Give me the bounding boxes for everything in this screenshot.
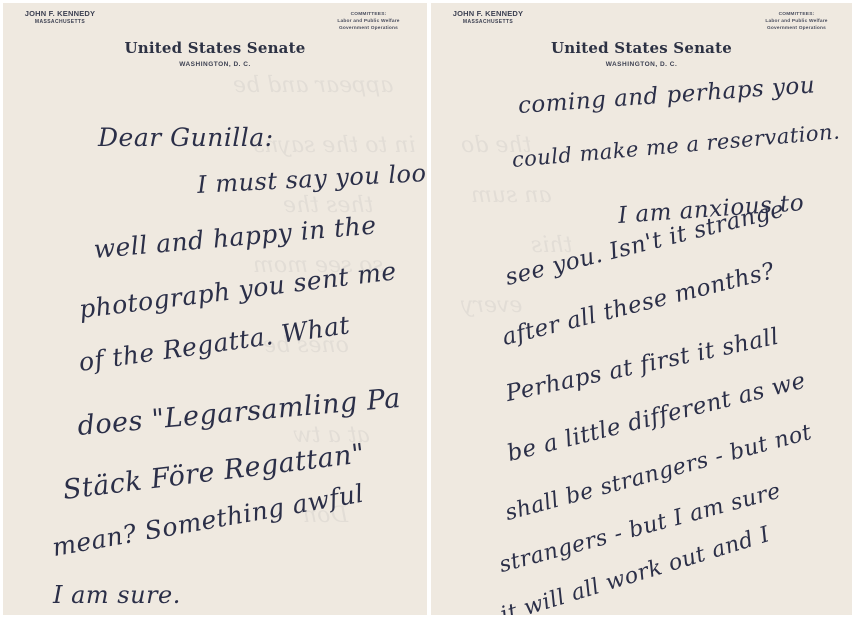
salutation: Dear Gunilla: (98, 123, 274, 152)
letter-page-1: appear and be in to the sayns thes the s… (3, 3, 427, 615)
committees-label: COMMITTEES: (749, 11, 844, 18)
committee-government: Government Operations (321, 25, 416, 32)
letterhead-committees: COMMITTEES: Labor and Public Welfare Gov… (321, 11, 416, 32)
senator-state: MASSACHUSETTS (433, 18, 543, 27)
handwriting-line: coming and perhaps you (517, 72, 816, 119)
letterhead-senate-title: United States Senate (431, 39, 852, 57)
letterhead-city: WASHINGTON, D. C. (3, 61, 427, 68)
senator-name: JOHN F. KENNEDY (25, 9, 96, 18)
handwriting-line: well and happy in the (92, 210, 377, 264)
committee-labor: Labor and Public Welfare (321, 18, 416, 25)
handwriting-line: I must say you looked (197, 157, 427, 199)
handwriting-line: could make me a reservation. (511, 119, 841, 172)
committee-government: Government Operations (749, 25, 844, 32)
handwriting-line: I am sure. (53, 581, 181, 609)
senator-name: JOHN F. KENNEDY (453, 9, 524, 18)
letter-page-2: the do an sum this every JOHN F. KENNEDY… (431, 3, 852, 615)
letterhead-committees: COMMITTEES: Labor and Public Welfare Gov… (749, 11, 844, 32)
letterhead-senate-title: United States Senate (3, 39, 427, 57)
letter-spread: appear and be in to the sayns thes the s… (0, 0, 855, 620)
senator-state: MASSACHUSETTS (5, 18, 115, 27)
handwriting-line: does "Legarsamling Pa (76, 383, 402, 442)
handwriting-line: of the Regatta. What (77, 310, 352, 377)
letterhead-senator-name: JOHN F. KENNEDY MASSACHUSETTS (433, 9, 543, 27)
letterhead-senator-name: JOHN F. KENNEDY MASSACHUSETTS (5, 9, 115, 27)
handwriting-line: photograph you sent me (77, 256, 398, 324)
letterhead-city: WASHINGTON, D. C. (431, 61, 852, 68)
committees-label: COMMITTEES: (321, 11, 416, 18)
committee-labor: Labor and Public Welfare (749, 18, 844, 25)
